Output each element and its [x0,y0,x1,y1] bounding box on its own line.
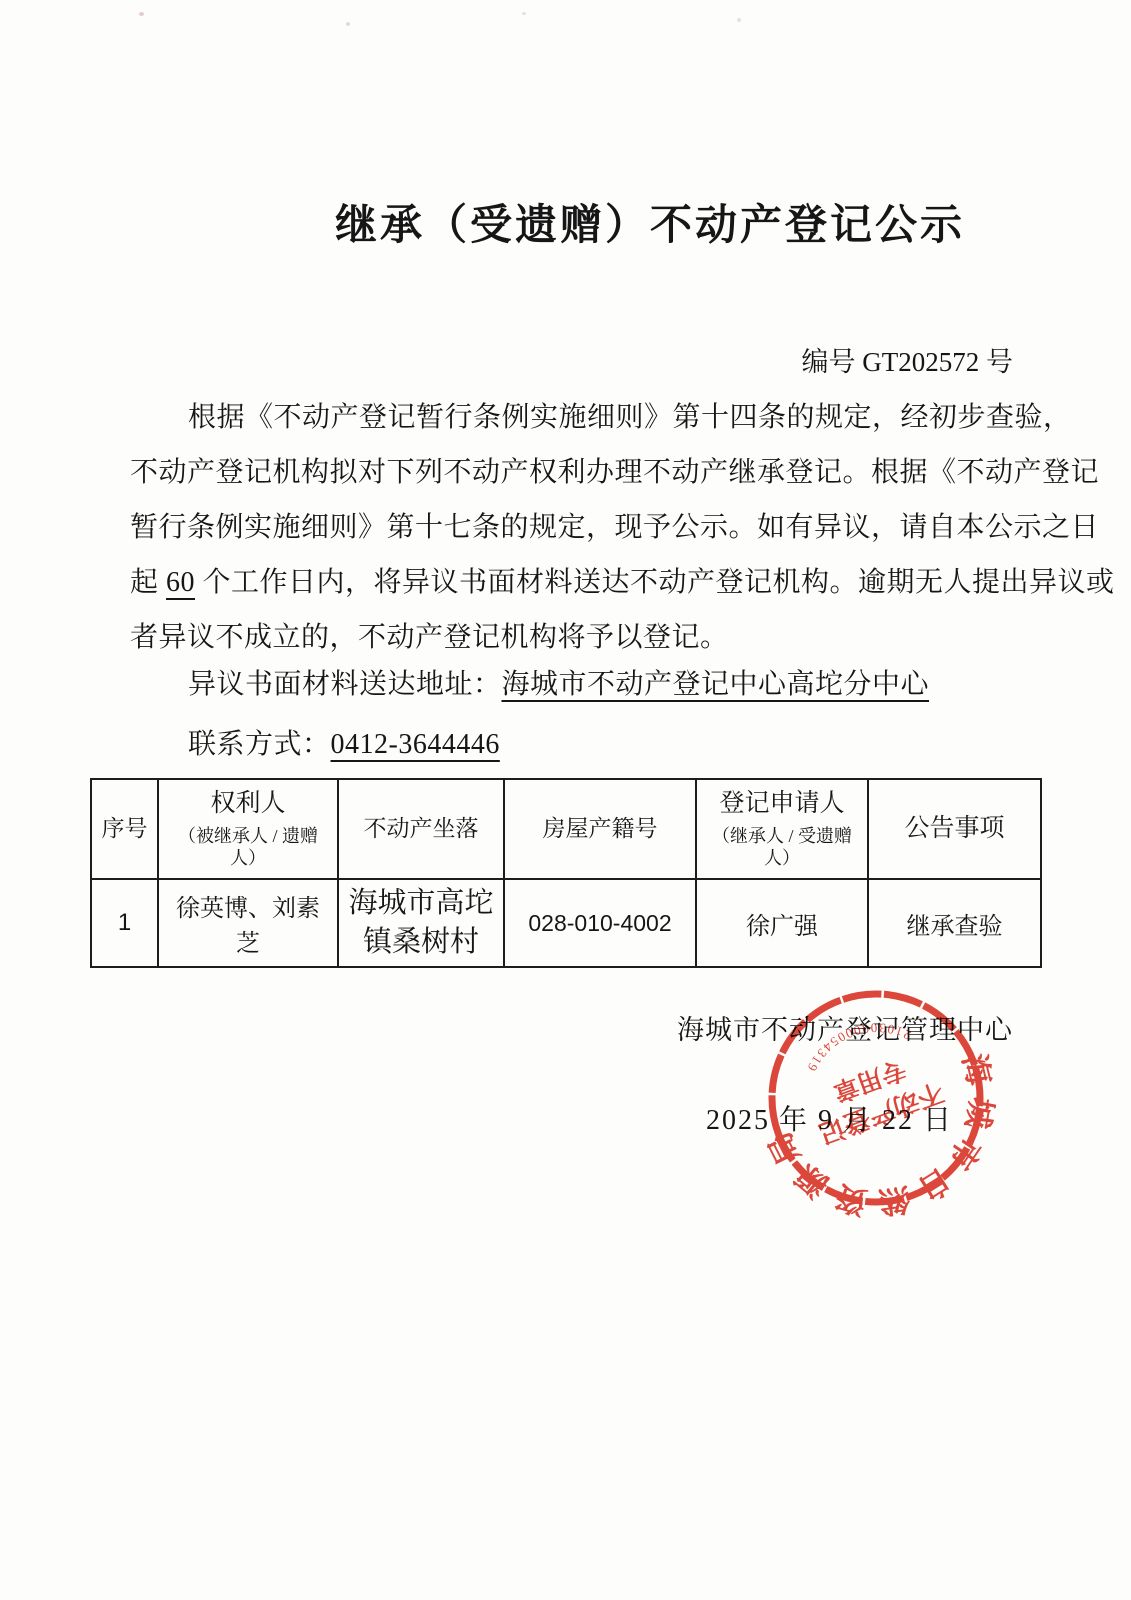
header-owner-sublabel: （被继承人 / 遗赠人） [165,825,331,870]
contact-line: 联系方式：0412-3644446 [130,722,1020,762]
row-item: 继承查验 [868,879,1041,967]
serial-number: 编号 GT202572 号 [802,340,1014,379]
body-text: 个工作日内，将异议书面材料送达不动产登记机构。逾期无人提出异议或 [195,567,1115,598]
body-line-5: 者异议不成立的，不动产登记机构将予以登记。 [130,615,1020,655]
contact-label: 联系方式： [188,729,331,760]
address-line: 异议书面材料送达地址：海城市不动产登记中心高坨分中心 [130,662,1020,702]
scan-speck [737,18,741,22]
header-item-label: 公告事项 [875,813,1034,846]
table-header-row: 序号 权利人 （被继承人 / 遗赠人） 不动产坐落 房屋产籍号 登记申请人 （继… [91,779,1041,879]
contact-value: 0412-3644446 [331,729,500,760]
row-owner: 徐英博、刘素芝 [158,879,338,967]
body-line-3: 暂行条例实施细则》第十七条的规定，现予公示。如有异议，请自本公示之日 [130,505,1020,545]
header-house-id-label: 房屋产籍号 [511,813,689,844]
header-applicant-sublabel: （继承人 / 受遗赠人） [703,825,861,870]
scan-speck [346,22,350,26]
header-item: 公告事项 [868,779,1041,879]
header-seq: 序号 [91,779,158,879]
header-applicant: 登记申请人 （继承人 / 受遗赠人） [696,779,868,879]
body-text: 起 [130,567,166,598]
body-text: 根据《不动产登记暂行条例实施细则》第十四条的规定，经初步查验， [188,402,1072,433]
header-owner: 权利人 （被继承人 / 遗赠人） [158,779,338,879]
body-line-1: 根据《不动产登记暂行条例实施细则》第十四条的规定，经初步查验， [130,395,1020,435]
body-text: 者异议不成立的，不动产登记机构将予以登记。 [130,622,729,653]
header-location-label: 不动产坐落 [345,813,497,844]
row-applicant: 徐广强 [696,879,868,967]
table-row: 1 徐英博、刘素芝 海城市高坨镇桑树村 028-010-4002 徐广强 继承查… [91,879,1041,967]
body-text: 暂行条例实施细则》第十七条的规定，现予公示。如有异议，请自本公示之日 [130,512,1099,543]
address-label: 异议书面材料送达地址： [188,669,502,700]
body-line-2: 不动产登记机构拟对下列不动产权利办理不动产继承登记。根据《不动产登记 [130,450,1020,490]
row-house-id: 028-010-4002 [504,879,696,967]
row-location: 海城市高坨镇桑树村 [338,879,504,967]
official-seal-stamp: 海城市自然资源局 21030000054319 不动产登记 专用章 [756,978,996,1218]
row-seq: 1 [91,879,158,967]
header-applicant-label: 登记申请人 [703,788,861,821]
header-seq-label: 序号 [98,813,151,844]
deadline-days: 60 [166,567,195,598]
header-house-id: 房屋产籍号 [504,779,696,879]
registration-table: 序号 权利人 （被继承人 / 遗赠人） 不动产坐落 房屋产籍号 登记申请人 （继… [90,778,1042,968]
scanned-notice-page: { "title": "继承（受遗赠）不动产登记公示", "serial": "… [0,0,1131,1600]
header-owner-label: 权利人 [165,788,331,821]
scan-speck [522,12,526,15]
body-text: 不动产登记机构拟对下列不动产权利办理不动产继承登记。根据《不动产登记 [130,457,1099,488]
seal-graphic: 海城市自然资源局 21030000054319 不动产登记 专用章 [756,978,996,1218]
page-title: 继承（受遗赠）不动产登记公示 [170,192,1130,252]
scan-speck [139,12,144,16]
address-value: 海城市不动产登记中心高坨分中心 [502,669,930,700]
header-location: 不动产坐落 [338,779,504,879]
body-line-4: 起 60 个工作日内，将异议书面材料送达不动产登记机构。逾期无人提出异议或 [130,560,1020,600]
